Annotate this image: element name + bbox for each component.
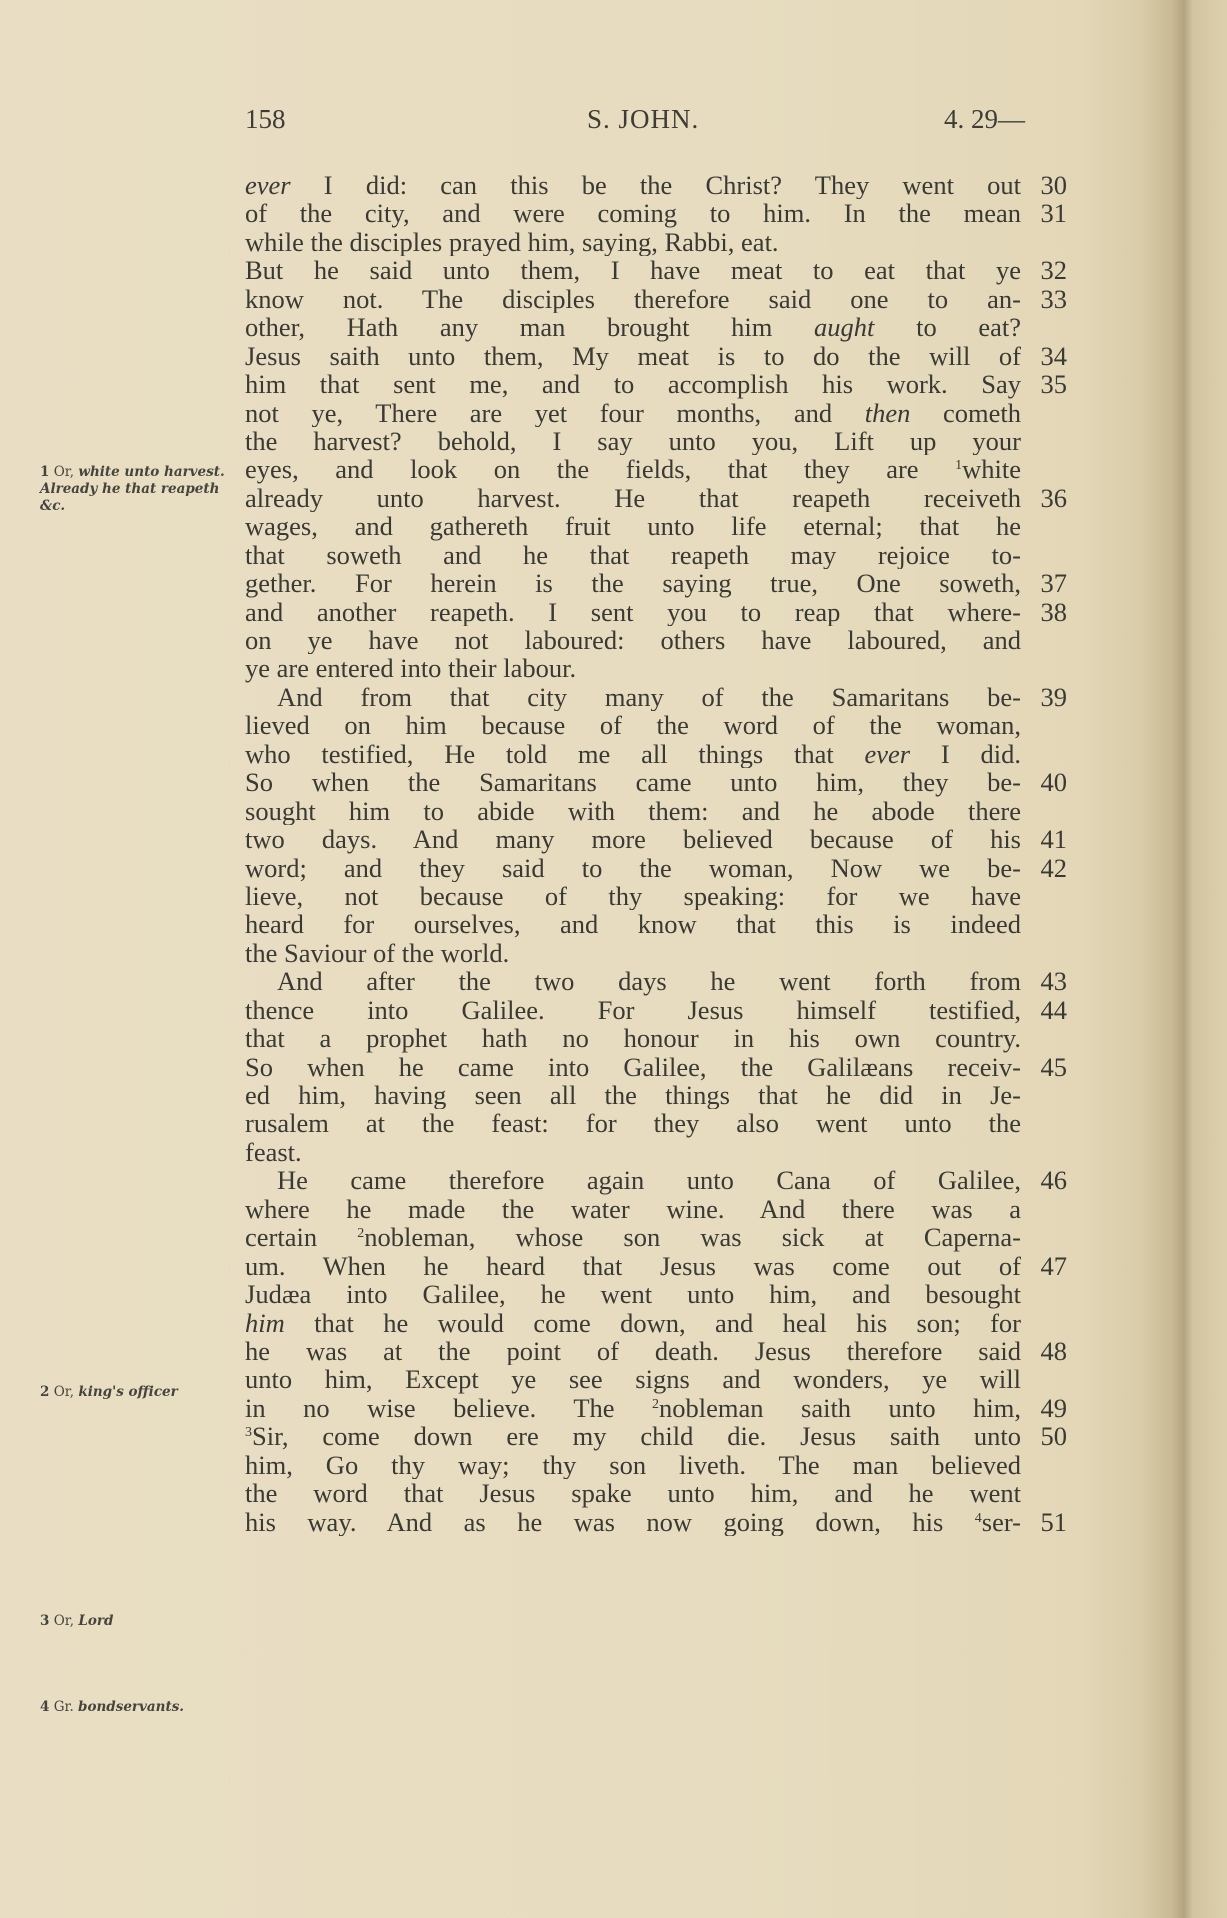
- text-line: two days. And many more believed because…: [245, 825, 1067, 853]
- text-line: lieved on him because of the word of the…: [245, 711, 1067, 739]
- line-text: certain 2nobleman, whose son was sick at…: [245, 1223, 1021, 1251]
- verse-number: 46: [1041, 1166, 1068, 1194]
- book-page: 158 S. JOHN. 4. 29— ever I did: can this…: [0, 0, 1227, 1918]
- line-text: not ye, There are yet four months, and t…: [245, 399, 1021, 427]
- line-text: ever I did: can this be the Christ? They…: [245, 171, 1021, 199]
- text-line: He came therefore again unto Cana of Gal…: [245, 1166, 1067, 1194]
- margin-note-1: 1 Or, white unto harvest. Already he tha…: [40, 464, 236, 515]
- scripture-text-column: ever I did: can this be the Christ? They…: [245, 171, 1067, 1536]
- verse-number: 47: [1041, 1252, 1068, 1280]
- line-text: him that sent me, and to accomplish his …: [245, 370, 1021, 398]
- margin-note-3: 3 Or, Lord: [40, 1613, 236, 1630]
- text-line: him that he would come down, and heal hi…: [245, 1309, 1067, 1337]
- note-marker: 2: [40, 1384, 49, 1400]
- text-line: So when the Samaritans came unto him, th…: [245, 768, 1067, 796]
- note-prefix: Or,: [54, 1613, 74, 1629]
- text-line: rusalem at the feast: for they also went…: [245, 1109, 1067, 1137]
- text-line: that a prophet hath no honour in his own…: [245, 1024, 1067, 1052]
- text-line: while the disciples prayed him, saying, …: [245, 228, 1067, 256]
- line-text: in no wise believe. The 2nobleman saith …: [245, 1394, 1021, 1422]
- text-line: thence into Galilee. For Jesus himself t…: [245, 996, 1067, 1024]
- text-line: other, Hath any man brought him aught to…: [245, 313, 1067, 341]
- line-text: his way. And as he was now going down, h…: [245, 1508, 1021, 1536]
- line-text: rusalem at the feast: for they also went…: [245, 1109, 1021, 1137]
- verse-number: 30: [1041, 171, 1068, 199]
- line-text: ed him, having seen all the things that …: [245, 1081, 1021, 1109]
- line-text: ye are entered into their labour.: [245, 654, 1021, 682]
- text-line: ye are entered into their labour.: [245, 654, 1067, 682]
- verse-number: 41: [1041, 825, 1068, 853]
- text-line: of the city, and were coming to him. In …: [245, 199, 1067, 227]
- text-line: already unto harvest. He that reapeth re…: [245, 484, 1067, 512]
- line-text: and another reapeth. I sent you to reap …: [245, 598, 1021, 626]
- chapter-verse-reference: 4. 29—: [944, 104, 1025, 135]
- book-title: S. JOHN.: [587, 104, 699, 135]
- line-text: him that he would come down, and heal hi…: [245, 1309, 1021, 1337]
- line-text: where he made the water wine. And there …: [245, 1195, 1021, 1223]
- text-line: word; and they said to the woman, Now we…: [245, 854, 1067, 882]
- text-line: not ye, There are yet four months, and t…: [245, 399, 1067, 427]
- line-text: the harvest? behold, I say unto you, Lif…: [245, 427, 1021, 455]
- line-text: while the disciples prayed him, saying, …: [245, 228, 1021, 256]
- text-line: ever I did: can this be the Christ? They…: [245, 171, 1067, 199]
- note-prefix: Gr.: [54, 1699, 74, 1715]
- text-line: the word that Jesus spake unto him, and …: [245, 1479, 1067, 1507]
- verse-number: 36: [1041, 484, 1068, 512]
- text-line: that soweth and he that reapeth may rejo…: [245, 541, 1067, 569]
- text-line: lieve, not because of thy speaking: for …: [245, 882, 1067, 910]
- line-text: on ye have not laboured: others have lab…: [245, 626, 1021, 654]
- text-line: wages, and gathereth fruit unto life ete…: [245, 512, 1067, 540]
- verse-number: 39: [1041, 683, 1068, 711]
- line-text: that soweth and he that reapeth may rejo…: [245, 541, 1021, 569]
- text-line: the harvest? behold, I say unto you, Lif…: [245, 427, 1067, 455]
- verse-number: 32: [1041, 256, 1068, 284]
- verse-number: 33: [1041, 285, 1068, 313]
- verse-number: 42: [1041, 854, 1068, 882]
- line-text: the word that Jesus spake unto him, and …: [245, 1479, 1021, 1507]
- verse-number: 35: [1041, 370, 1068, 398]
- text-line: know not. The disciples therefore said o…: [245, 285, 1067, 313]
- verse-number: 49: [1041, 1394, 1068, 1422]
- line-text: that a prophet hath no honour in his own…: [245, 1024, 1021, 1052]
- footnote-marker: 2: [357, 1226, 364, 1241]
- line-text: heard for ourselves, and know that this …: [245, 910, 1021, 938]
- line-text: feast.: [245, 1138, 1021, 1166]
- line-text: um. When he heard that Jesus was come ou…: [245, 1252, 1021, 1280]
- line-text: And from that city many of the Samaritan…: [245, 683, 1021, 711]
- footnote-marker: 1: [955, 458, 962, 473]
- line-text: sought him to abide with them: and he ab…: [245, 797, 1021, 825]
- line-text: two days. And many more believed because…: [245, 825, 1021, 853]
- verse-number: 50: [1041, 1422, 1068, 1450]
- text-line: ed him, having seen all the things that …: [245, 1081, 1067, 1109]
- line-text: 3Sir, come down ere my child die. Jesus …: [245, 1422, 1021, 1450]
- verse-number: 31: [1041, 199, 1068, 227]
- text-line: sought him to abide with them: and he ab…: [245, 797, 1067, 825]
- text-line: So when he came into Galilee, the Galilæ…: [245, 1053, 1067, 1081]
- note-text: king's officer: [78, 1384, 177, 1400]
- note-text: Lord: [78, 1613, 113, 1629]
- line-text: So when he came into Galilee, the Galilæ…: [245, 1053, 1021, 1081]
- text-line: And after the two days he went forth fro…: [245, 967, 1067, 995]
- margin-note-4: 4 Gr. bondservants.: [40, 1699, 236, 1716]
- text-line: he was at the point of death. Jesus ther…: [245, 1337, 1067, 1365]
- line-text: already unto harvest. He that reapeth re…: [245, 484, 1021, 512]
- verse-number: 43: [1041, 967, 1068, 995]
- text-line: feast.: [245, 1138, 1067, 1166]
- text-line: the Saviour of the world.: [245, 939, 1067, 967]
- line-text: know not. The disciples therefore said o…: [245, 285, 1021, 313]
- text-line: heard for ourselves, and know that this …: [245, 910, 1067, 938]
- footnote-marker: 3: [245, 1425, 252, 1440]
- note-marker: 3: [40, 1613, 49, 1629]
- line-text: other, Hath any man brought him aught to…: [245, 313, 1021, 341]
- verse-number: 37: [1041, 569, 1068, 597]
- footnote-marker: 4: [975, 1511, 982, 1526]
- page-number: 158: [245, 104, 286, 135]
- line-text: But he said unto them, I have meat to ea…: [245, 256, 1021, 284]
- text-line: um. When he heard that Jesus was come ou…: [245, 1252, 1067, 1280]
- text-line: where he made the water wine. And there …: [245, 1195, 1067, 1223]
- line-text: he was at the point of death. Jesus ther…: [245, 1337, 1021, 1365]
- text-line: unto him, Except ye see signs and wonder…: [245, 1365, 1067, 1393]
- line-text: gether. For herein is the saying true, O…: [245, 569, 1021, 597]
- line-text: lieve, not because of thy speaking: for …: [245, 882, 1021, 910]
- text-line: eyes, and look on the fields, that they …: [245, 455, 1067, 483]
- text-line: him that sent me, and to accomplish his …: [245, 370, 1067, 398]
- text-line: 3Sir, come down ere my child die. Jesus …: [245, 1422, 1067, 1450]
- text-line: his way. And as he was now going down, h…: [245, 1508, 1067, 1536]
- text-line: Judæa into Galilee, he went unto him, an…: [245, 1280, 1067, 1308]
- line-text: Jesus saith unto them, My meat is to do …: [245, 342, 1021, 370]
- note-text: bondservants.: [78, 1699, 184, 1715]
- line-text: And after the two days he went forth fro…: [245, 967, 1021, 995]
- line-text: Judæa into Galilee, he went unto him, an…: [245, 1280, 1021, 1308]
- line-text: He came therefore again unto Cana of Gal…: [245, 1166, 1021, 1194]
- verse-number: 34: [1041, 342, 1068, 370]
- note-marker: 4: [40, 1699, 49, 1715]
- verse-number: 51: [1041, 1508, 1068, 1536]
- text-line: certain 2nobleman, whose son was sick at…: [245, 1223, 1067, 1251]
- text-line: who testified, He told me all things tha…: [245, 740, 1067, 768]
- text-line: in no wise believe. The 2nobleman saith …: [245, 1394, 1067, 1422]
- verse-number: 44: [1041, 996, 1068, 1024]
- line-text: word; and they said to the woman, Now we…: [245, 854, 1021, 882]
- line-text: unto him, Except ye see signs and wonder…: [245, 1365, 1021, 1393]
- text-line: him, Go thy way; thy son liveth. The man…: [245, 1451, 1067, 1479]
- text-line: gether. For herein is the saying true, O…: [245, 569, 1067, 597]
- footnote-marker: 2: [652, 1397, 659, 1412]
- text-line: Jesus saith unto them, My meat is to do …: [245, 342, 1067, 370]
- line-text: lieved on him because of the word of the…: [245, 711, 1021, 739]
- verse-number: 40: [1041, 768, 1068, 796]
- text-line: But he said unto them, I have meat to ea…: [245, 256, 1067, 284]
- note-marker: 1: [40, 464, 49, 480]
- line-text: him, Go thy way; thy son liveth. The man…: [245, 1451, 1021, 1479]
- line-text: eyes, and look on the fields, that they …: [245, 455, 1021, 483]
- verse-number: 48: [1041, 1337, 1068, 1365]
- text-line: on ye have not laboured: others have lab…: [245, 626, 1067, 654]
- note-prefix: Or,: [54, 1384, 74, 1400]
- margin-note-2: 2 Or, king's officer: [40, 1384, 236, 1401]
- line-text: wages, and gathereth fruit unto life ete…: [245, 512, 1021, 540]
- note-prefix: Or,: [54, 464, 74, 480]
- verse-number: 45: [1041, 1053, 1068, 1081]
- verse-number: 38: [1041, 598, 1068, 626]
- running-header: 158 S. JOHN. 4. 29—: [245, 104, 1025, 144]
- line-text: So when the Samaritans came unto him, th…: [245, 768, 1021, 796]
- text-line: And from that city many of the Samaritan…: [245, 683, 1067, 711]
- line-text: who testified, He told me all things tha…: [245, 740, 1021, 768]
- line-text: thence into Galilee. For Jesus himself t…: [245, 996, 1021, 1024]
- line-text: of the city, and were coming to him. In …: [245, 199, 1021, 227]
- line-text: the Saviour of the world.: [245, 939, 1021, 967]
- text-line: and another reapeth. I sent you to reap …: [245, 598, 1067, 626]
